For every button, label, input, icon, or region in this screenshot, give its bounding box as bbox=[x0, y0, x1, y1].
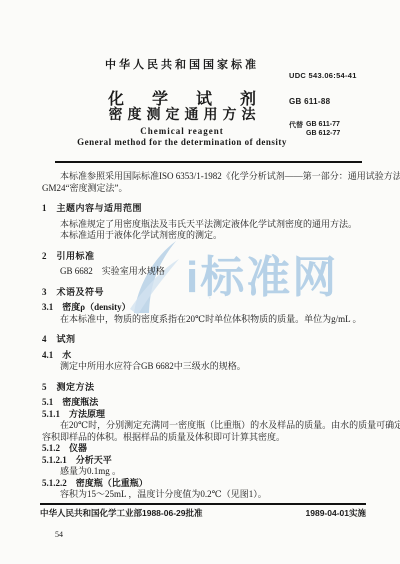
section-2-reference: GB 6682 实验室用水规格 bbox=[42, 266, 367, 278]
section-4-1-text: 测定中所用水应符合GB 6682中三级水的规格。 bbox=[42, 361, 367, 373]
section-1-text-2: 本标准适用于液体化学试剂密度的测定。 bbox=[42, 230, 367, 242]
section-1-heading: 1 主题内容与适用范围 bbox=[42, 203, 367, 215]
page-number: 54 bbox=[55, 530, 63, 539]
section-4-1-heading: 4.1 水 bbox=[42, 350, 367, 362]
section-5-1-2-2-text: 容积为15～25mL ，温度计分度值为0.2℃（见图1）。 bbox=[42, 489, 367, 501]
section-3-heading: 3 术语及符号 bbox=[42, 287, 367, 299]
section-3-1-text: 在本标准中，物质的密度系指在20℃时单位体积物质的质量。单位为g/mL 。 bbox=[42, 314, 367, 326]
section-5-1-2-1-text: 感量为0.1mg 。 bbox=[42, 466, 367, 478]
footer: 中华人民共和国化学工业部1988-06-29批准 1989-04-01实施 bbox=[40, 507, 366, 519]
document-page: i标准网 · 中华人民共和国国家标准 UDC 543.06:54-41 GB 6… bbox=[0, 0, 400, 564]
document-body: 本标准参照采用国际标准ISO 6353/1-1982《化学分析试剂——第一部分：… bbox=[42, 171, 367, 501]
section-5-heading: 5 测定方法 bbox=[42, 382, 367, 394]
section-5-1-2-2-heading: 5.1.2.2 密度瓶（比重瓶） bbox=[42, 478, 367, 490]
intro-paragraph-line2: GM24“密度测定法”。 bbox=[42, 183, 367, 195]
approval-note: 中华人民共和国化学工业部1988-06-29批准 bbox=[40, 507, 202, 519]
title-chinese-line2: 密度测定通用方法 bbox=[0, 104, 364, 124]
section-2-heading: 2 引用标准 bbox=[42, 251, 367, 263]
implementation-date: 1989-04-01实施 bbox=[306, 507, 366, 519]
section-5-1-1-heading: 5.1.1 方法原理 bbox=[42, 409, 367, 421]
header-divider bbox=[55, 161, 362, 163]
section-3-1-heading: 3.1 密度ρ（density） bbox=[42, 302, 367, 314]
intro-paragraph-line1: 本标准参照采用国际标准ISO 6353/1-1982《化学分析试剂——第一部分：… bbox=[42, 171, 367, 183]
section-5-1-2-heading: 5.1.2 仪器 bbox=[42, 443, 367, 455]
title-english-line2: General method for the determination of … bbox=[0, 137, 364, 147]
udc-number: UDC 543.06:54-41 bbox=[289, 71, 397, 80]
footer-divider bbox=[40, 503, 366, 505]
section-5-1-1-text-1: 在20℃时，分别测定充满同一密度瓶（比重瓶）的水及样品的质量。由水的质量可确定密… bbox=[42, 420, 367, 432]
section-1-text-1: 本标准规定了用密度瓶法及韦氏天平法测定液体化学试剂密度的通用方法。 bbox=[42, 219, 367, 231]
section-5-1-1-text-2: 容积即样品的体积。根据样品的质量及体积即可计算其密度。 bbox=[42, 432, 367, 444]
section-5-1-2-1-heading: 5.1.2.1 分析天平 bbox=[42, 455, 367, 467]
section-4-heading: 4 试剂 bbox=[42, 334, 367, 346]
title-english-line1: Chemical reagent bbox=[0, 126, 364, 136]
standard-org-label: 中华人民共和国国家标准 bbox=[0, 56, 364, 72]
section-5-1-heading: 5.1 密度瓶法 bbox=[42, 397, 367, 409]
